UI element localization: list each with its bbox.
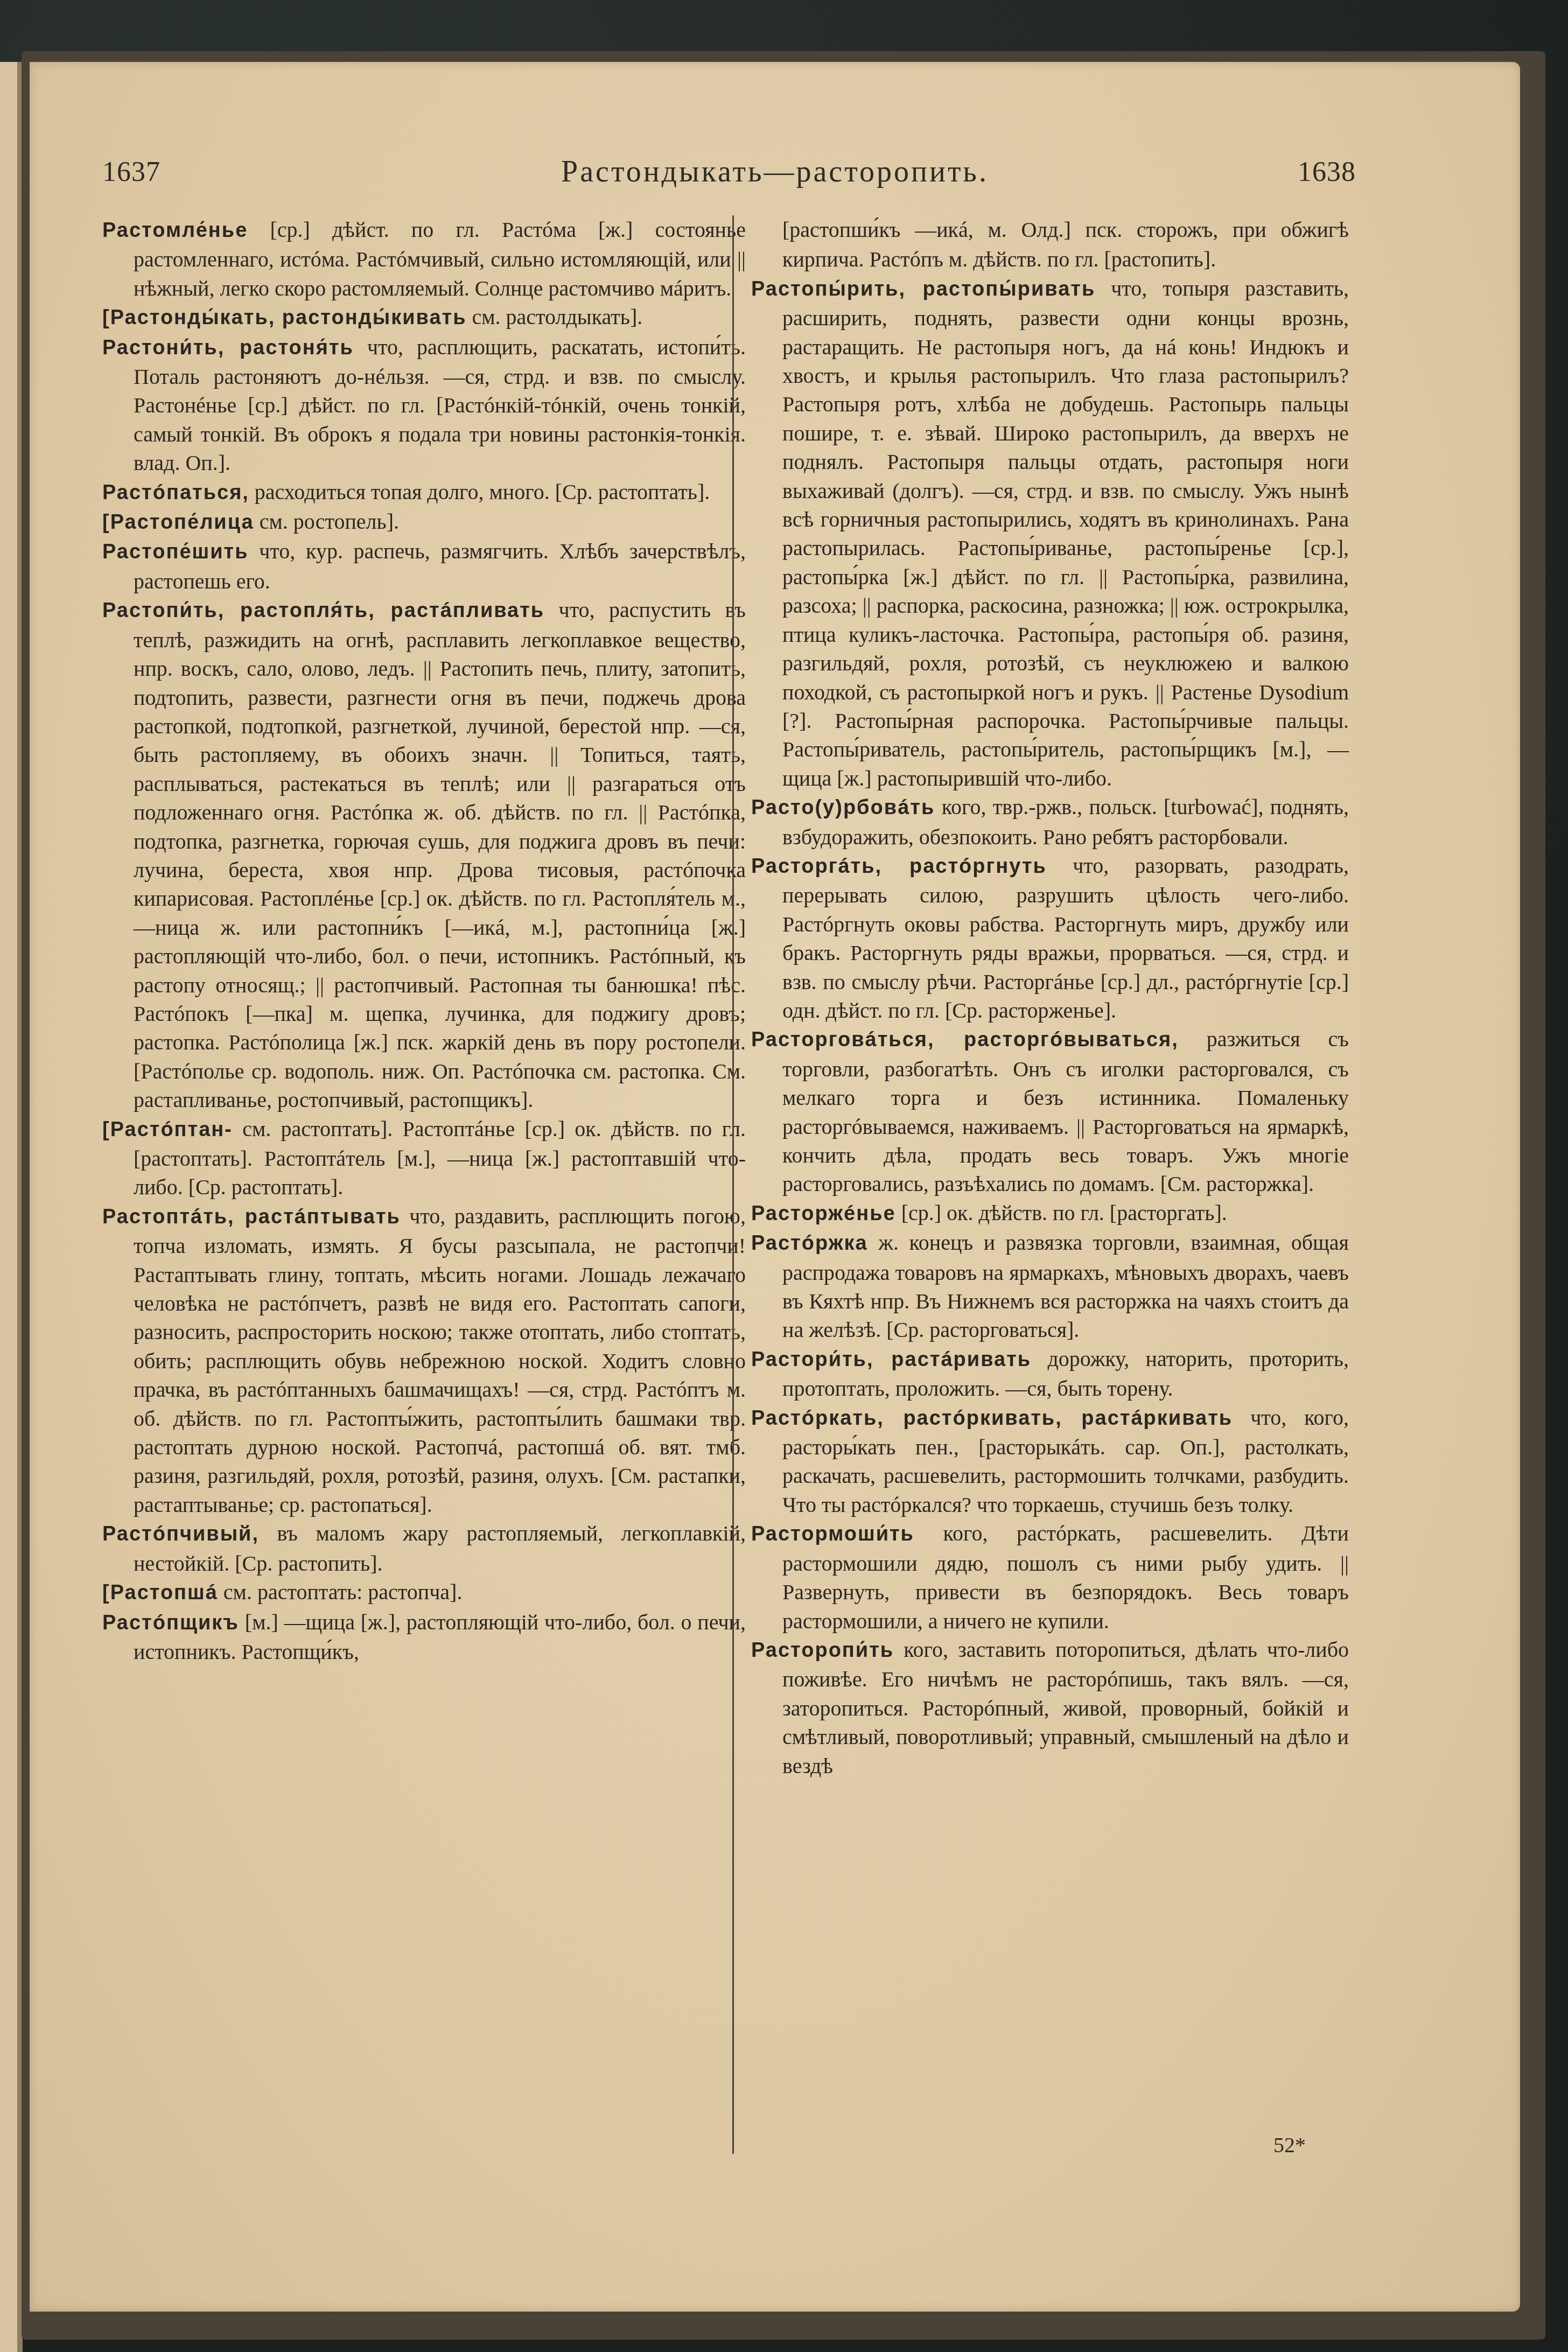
dictionary-entry: Растóпаться, расходиться топая долго, мн… [102,478,746,507]
dictionary-entry: Растóркать, растóркивать, растáркивать ч… [751,1403,1349,1520]
dictionary-page: 1637 Растондыкать—расторопить. 1638 Раст… [30,62,1520,2312]
headword: Растори́ть, растáривать [751,1348,1031,1371]
headword: [Растопе́лица [102,511,254,534]
headword: [Растопшá [102,1581,218,1604]
headword: Растомле́нье [102,219,248,242]
headword: [Растóптан- [102,1118,233,1141]
dictionary-entry: Расто(у)рбовáть кого, твр.-ржв., польск.… [751,793,1349,851]
definition: что, топыря разставить, расширить, подня… [782,276,1349,790]
dictionary-entry: Растомле́нье [ср.] дѣйст. по гл. Растóма… [102,215,746,303]
running-title: Растондыкать—расторопить. [30,155,1520,189]
dictionary-entry: Растóпчивый, въ маломъ жару растопляемый… [102,1519,746,1578]
right-column: [растопши́къ —икá, м. Олд.] пск. сторожъ… [751,215,1349,1780]
definition: [ср.] ок. дѣйств. по гл. [расторгать]. [901,1201,1227,1225]
dictionary-entry: Расторгáть, растóргнуть что, разорвать, … [751,851,1349,1025]
definition: что, распустить въ теплѣ, разжидить на о… [134,598,746,1112]
headword: Растопы́рить, растопы́ривать [751,278,1095,300]
definition: что, раздавить, расплющить погою, топча … [134,1204,746,1517]
dictionary-entry: Расторопи́ть кого, заставить поторопитьс… [751,1635,1349,1780]
headword: Растóркать, растóркивать, растáркивать [751,1407,1233,1430]
headword: Растопи́ть, растопля́ть, растáпливать [102,599,544,622]
definition: расходиться топая долго, много. [Ср. рас… [255,480,710,504]
dictionary-entry: Растони́ть, растоня́ть что, расплющить, … [102,333,746,478]
headword: Расторопи́ть [751,1639,894,1662]
dictionary-entry: Расторжéнье [ср.] ок. дѣйств. по гл. [ра… [751,1199,1349,1228]
definition: что, разорвать, разодрать, перерывать си… [782,853,1349,1023]
dictionary-entry: [Растонды́кать, растонды́кивать см. раст… [102,303,746,332]
headword: Расторговáться, расторгóвываться, [751,1028,1179,1051]
dictionary-entry-continuation: [растопши́къ —икá, м. Олд.] пск. сторожъ… [751,215,1349,274]
definition: [растопши́къ —икá, м. Олд.] пск. сторожъ… [782,218,1349,271]
headword: Расторжéнье [751,1202,896,1225]
headword: Растормоши́ть [751,1523,914,1545]
headword: Растóпчивый, [102,1523,259,1545]
headword: Расто(у)рбовáть [751,796,935,819]
headword: Растóржка [751,1232,868,1255]
definition: см. растолдыкать]. [472,305,643,329]
definition: разжиться съ торговли, разбогатѣть. Онъ … [782,1027,1349,1196]
dictionary-entry: Растопи́ть, растопля́ть, растáпливать чт… [102,596,746,1114]
headword: Растопе́шить [102,541,249,563]
dictionary-entry: Растопы́рить, растопы́ривать что, топыря… [751,274,1349,793]
headword: [Растонды́кать, растонды́кивать [102,306,467,329]
left-column: Растомле́нье [ср.] дѣйст. по гл. Растóма… [102,215,746,1666]
dictionary-entry: Растормоши́ть кого, растóркать, расшевел… [751,1519,1349,1635]
dictionary-entry: [Растопе́лица см. ростопель]. [102,507,746,537]
headword: Растоптáть, растáптывать [102,1206,401,1228]
headword: Расторгáть, растóргнуть [751,855,1047,878]
headword: Растóпаться, [102,481,249,504]
dictionary-entry: Растóпщикъ [м.] —щица [ж.], растопляющій… [102,1608,746,1667]
definition: см. растоптать: растопча]. [223,1580,463,1604]
headword: Растони́ть, растоня́ть [102,337,354,359]
headword: Растóпщикъ [102,1612,239,1634]
page-number-right: 1638 [1298,156,1356,188]
signature-mark: 52* [1273,2132,1306,2158]
dictionary-entry: Растори́ть, растáривать дорожку, наторит… [751,1345,1349,1403]
dictionary-entry: [Растопшá см. растоптать: растопча]. [102,1578,746,1607]
dictionary-entry: Расторговáться, расторгóвываться, разжит… [751,1025,1349,1198]
dictionary-entry: [Растóптан- см. растоптать]. Растоптáнье… [102,1115,746,1202]
dictionary-entry: Растóржка ж. конецъ и развязка торговли,… [751,1228,1349,1345]
dictionary-entry: Растоптáть, растáптывать что, раздавить,… [102,1202,746,1519]
column-divider [732,215,734,2154]
definition: см. ростопель]. [260,509,399,534]
dictionary-entry: Растопе́шить что, кур. распечь, размягчи… [102,537,746,596]
facing-page-edge [0,62,23,2352]
